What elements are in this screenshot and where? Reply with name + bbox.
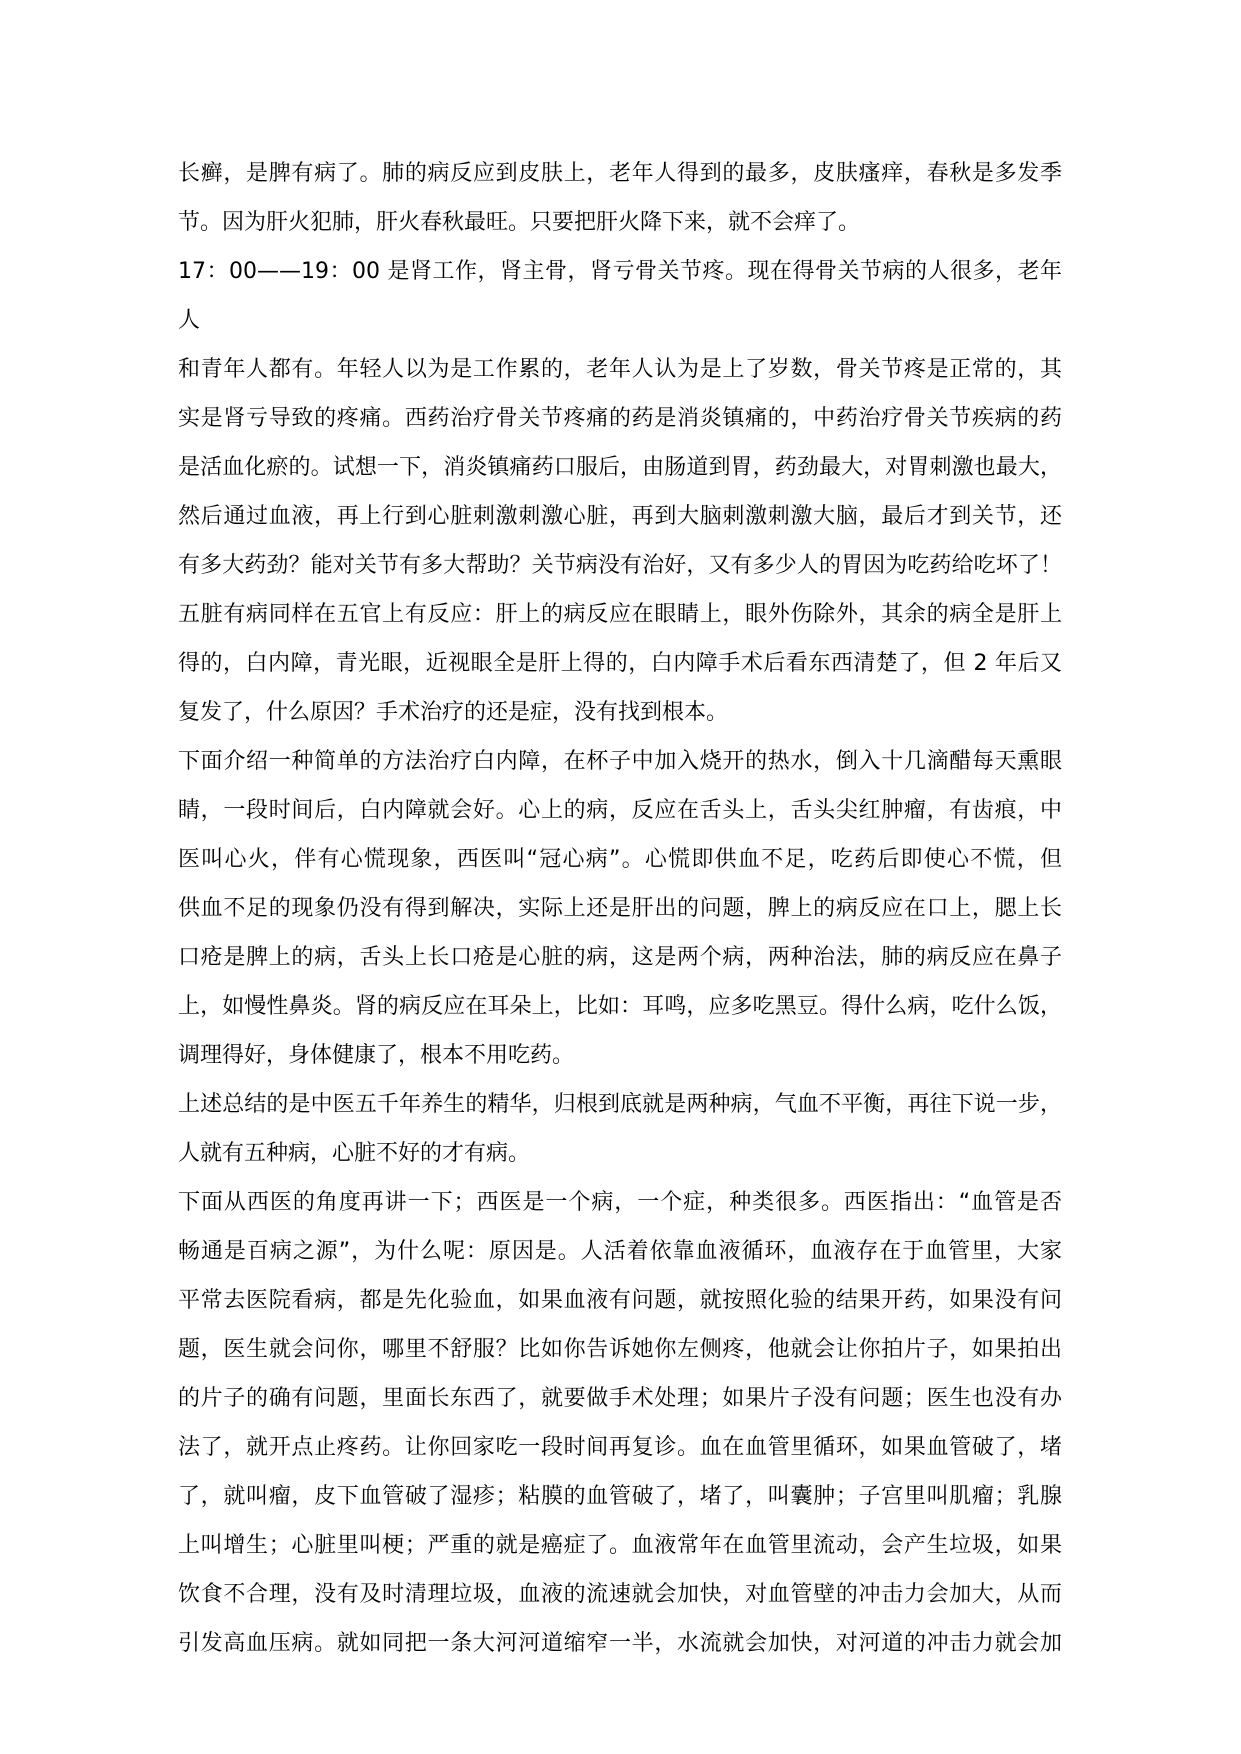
text-line: 下面从西医的角度再讲一下；西医是一个病，一个症，种类很多。西医指出：“血管是否 [178,1178,1062,1227]
text-line: 畅通是百病之源”，为什么呢：原因是。人活着依靠血液循环，血液存在于血管里，大家 [178,1227,1062,1276]
text-line: 口疮是脾上的病，舌头上长口疮是心脏的病，这是两个病，两种治法，肺的病反应在鼻子 [178,933,1062,982]
paragraph: 17：00——19：00 是肾工作，肾主骨，肾亏骨关节疼。现在得骨关节病的人很多… [178,247,1062,590]
text-line: 了，就叫瘤，皮下血管破了湿疹；粘膜的血管破了，堵了，叫囊肿；子宫里叫肌瘤；乳腺 [178,1472,1062,1521]
text-line: 上述总结的是中医五千年养生的精华，归根到底就是两种病，气血不平衡，再往下说一步， [178,1080,1062,1129]
text-line: 调理得好，身体健康了，根本不用吃药。 [178,1031,1062,1080]
document-page: { "page": { "background": "#ffffff", "te… [0,0,1241,1754]
text-line: 题，医生就会问你，哪里不舒服？比如你告诉她你左侧疼，他就会让你拍片子，如果拍出 [178,1325,1062,1374]
text-line: 医叫心火，伴有心慌现象，西医叫“冠心病”。心慌即供血不足，吃药后即使心不慌，但 [178,835,1062,884]
text-line: 得的，白内障，青光眼，近视眼全是肝上得的，白内障手术后看东西清楚了，但 2 年后… [178,639,1062,688]
text-line: 节。因为肝火犯肺，肝火春秋最旺。只要把肝火降下来，就不会痒了。 [178,198,1062,247]
text-line: 然后通过血液，再上行到心脏刺激刺激心脏，再到大脑刺激刺激大脑，最后才到关节，还 [178,492,1062,541]
text-line: 睛，一段时间后，白内障就会好。心上的病，反应在舌头上，舌头尖红肿瘤，有齿痕，中 [178,786,1062,835]
text-line: 有多大药劲？能对关节有多大帮助？关节病没有治好，又有多少人的胃因为吃药给吃坏了！ [178,541,1062,590]
text-line: 的片子的确有问题，里面长东西了，就要做手术处理；如果片子没有问题；医生也没有办 [178,1374,1062,1423]
text-block: 长癣，是脾有病了。肺的病反应到皮肤上，老年人得到的最多，皮肤瘙痒，春秋是多发季 … [178,149,1062,1668]
text-line: 五脏有病同样在五官上有反应：肝上的病反应在眼睛上，眼外伤除外，其余的病全是肝上 [178,590,1062,639]
text-line: 饮食不合理，没有及时清理垃圾，血液的流速就会加快，对血管壁的冲击力会加大，从而 [178,1570,1062,1619]
text-line: 下面介绍一种简单的方法治疗白内障，在杯子中加入烧开的热水，倒入十几滴醋每天熏眼 [178,737,1062,786]
text-line: 人就有五种病，心脏不好的才有病。 [178,1129,1062,1178]
text-line: 长癣，是脾有病了。肺的病反应到皮肤上，老年人得到的最多，皮肤瘙痒，春秋是多发季 [178,149,1062,198]
text-line: 供血不足的现象仍没有得到解决，实际上还是肝出的问题，脾上的病反应在口上，腮上长 [178,884,1062,933]
text-line: 复发了，什么原因？手术治疗的还是症，没有找到根本。 [178,688,1062,737]
text-line: 上，如慢性鼻炎。肾的病反应在耳朵上，比如：耳鸣，应多吃黑豆。得什么病，吃什么饭， [178,982,1062,1031]
text-line: 上叫增生；心脏里叫梗；严重的就是癌症了。血液常年在血管里流动，会产生垃圾，如果 [178,1521,1062,1570]
paragraph: 下面从西医的角度再讲一下；西医是一个病，一个症，种类很多。西医指出：“血管是否 … [178,1178,1062,1668]
paragraph: 五脏有病同样在五官上有反应：肝上的病反应在眼睛上，眼外伤除外，其余的病全是肝上 … [178,590,1062,737]
text-line: 17：00——19：00 是肾工作，肾主骨，肾亏骨关节疼。现在得骨关节病的人很多… [178,247,1062,345]
paragraph: 长癣，是脾有病了。肺的病反应到皮肤上，老年人得到的最多，皮肤瘙痒，春秋是多发季 … [178,149,1062,247]
paragraph: 上述总结的是中医五千年养生的精华，归根到底就是两种病，气血不平衡，再往下说一步，… [178,1080,1062,1178]
text-line: 和青年人都有。年轻人以为是工作累的，老年人认为是上了岁数，骨关节疼是正常的，其 [178,345,1062,394]
text-line: 实是肾亏导致的疼痛。西药治疗骨关节疼痛的药是消炎镇痛的，中药治疗骨关节疾病的药 [178,394,1062,443]
paragraph: 下面介绍一种简单的方法治疗白内障，在杯子中加入烧开的热水，倒入十几滴醋每天熏眼 … [178,737,1062,1080]
text-line: 是活血化瘀的。试想一下，消炎镇痛药口服后，由肠道到胃，药劲最大，对胃刺激也最大， [178,443,1062,492]
text-line: 平常去医院看病，都是先化验血，如果血液有问题，就按照化验的结果开药，如果没有问 [178,1276,1062,1325]
text-line: 引发高血压病。就如同把一条大河河道缩窄一半，水流就会加快，对河道的冲击力就会加 [178,1619,1062,1668]
text-line: 法了，就开点止疼药。让你回家吃一段时间再复诊。血在血管里循环，如果血管破了，堵 [178,1423,1062,1472]
